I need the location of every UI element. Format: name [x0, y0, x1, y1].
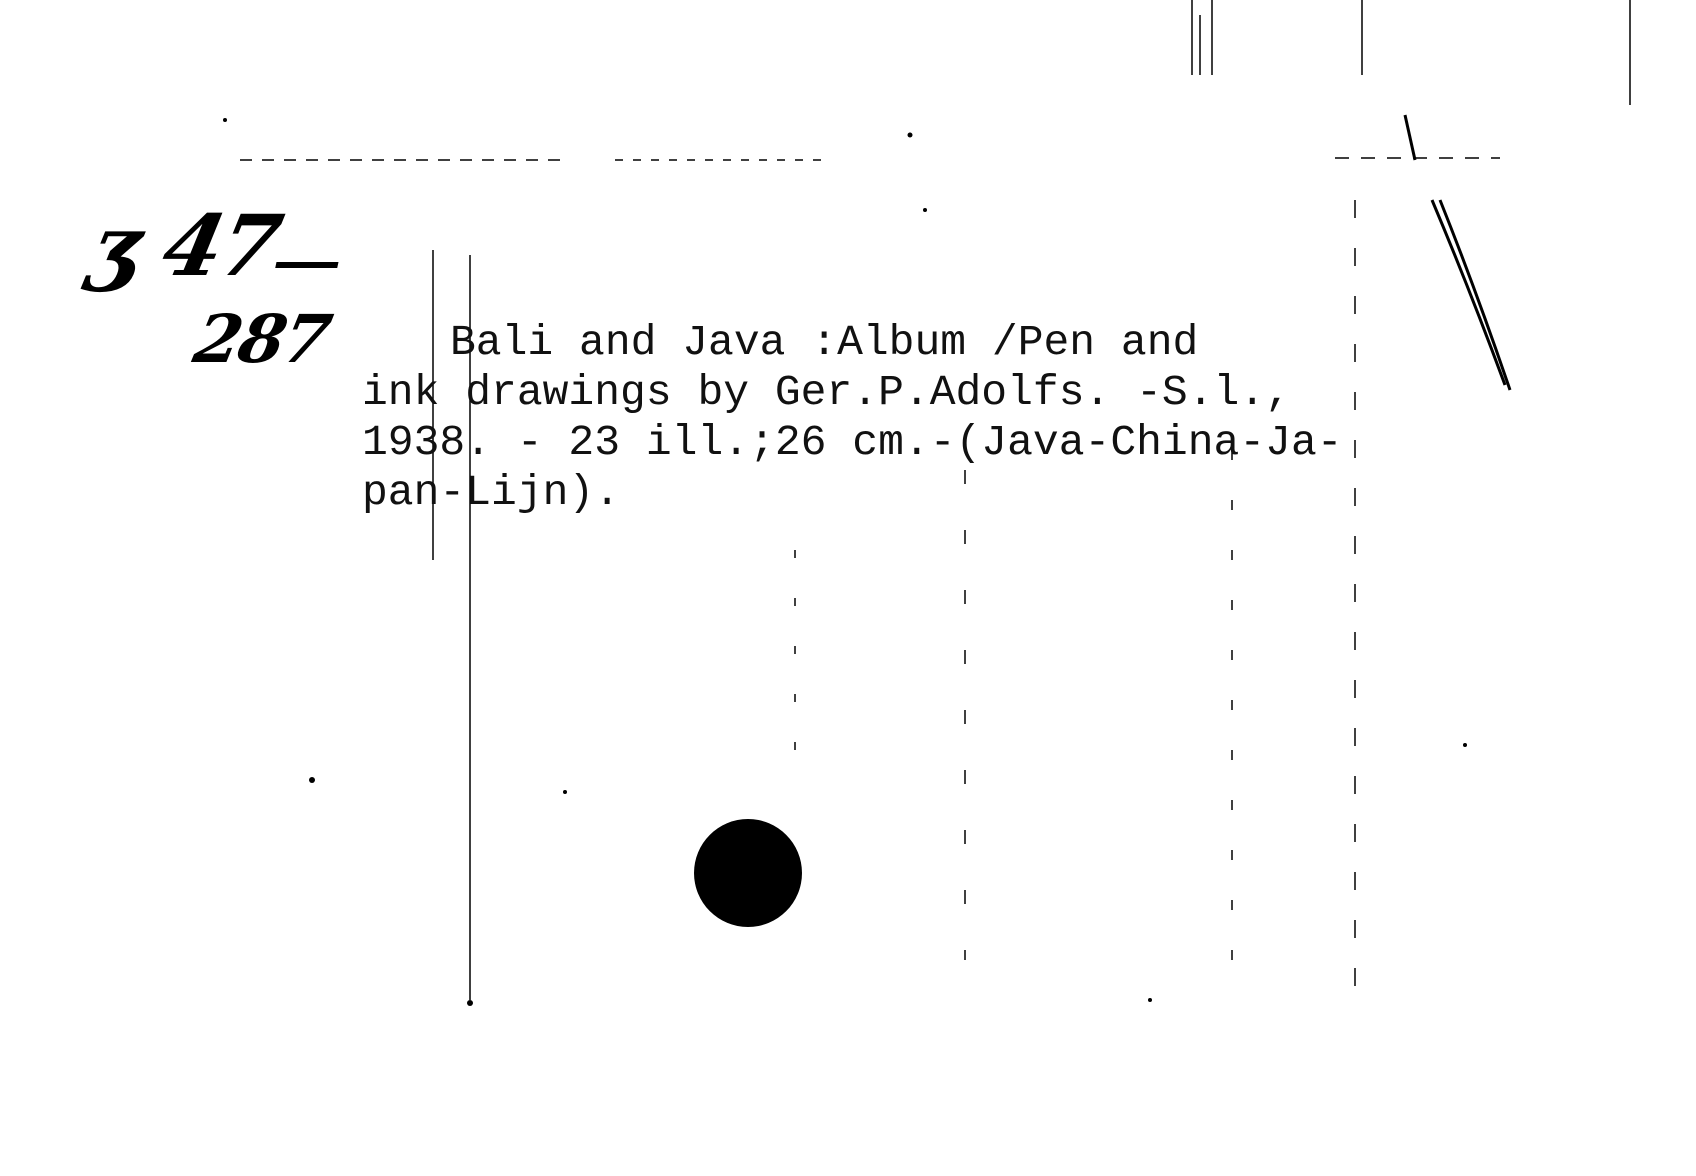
- punch-hole: [694, 819, 802, 927]
- entry-line-4: pan-Lijn).: [362, 468, 620, 518]
- entry-line-2: ink drawings by Ger.P.Adolfs. -S.l.,: [362, 368, 1291, 418]
- entry-line-1: Bali and Java :Album /Pen and: [450, 318, 1198, 368]
- scan-artifacts: [0, 0, 1696, 1176]
- entry-line-3: 1938. - 23 ill.;26 cm.-(Java-China-Ja-: [362, 418, 1343, 468]
- handwritten-call-number-top: ʒ 47: [81, 196, 352, 295]
- call-number-top-text: ʒ 47: [81, 196, 288, 295]
- catalog-card: ʒ 47 287 Bali and Java :Album /Pen and i…: [0, 0, 1696, 1176]
- handwritten-call-number-bottom: 287: [188, 300, 336, 378]
- call-number-dash: [275, 262, 338, 268]
